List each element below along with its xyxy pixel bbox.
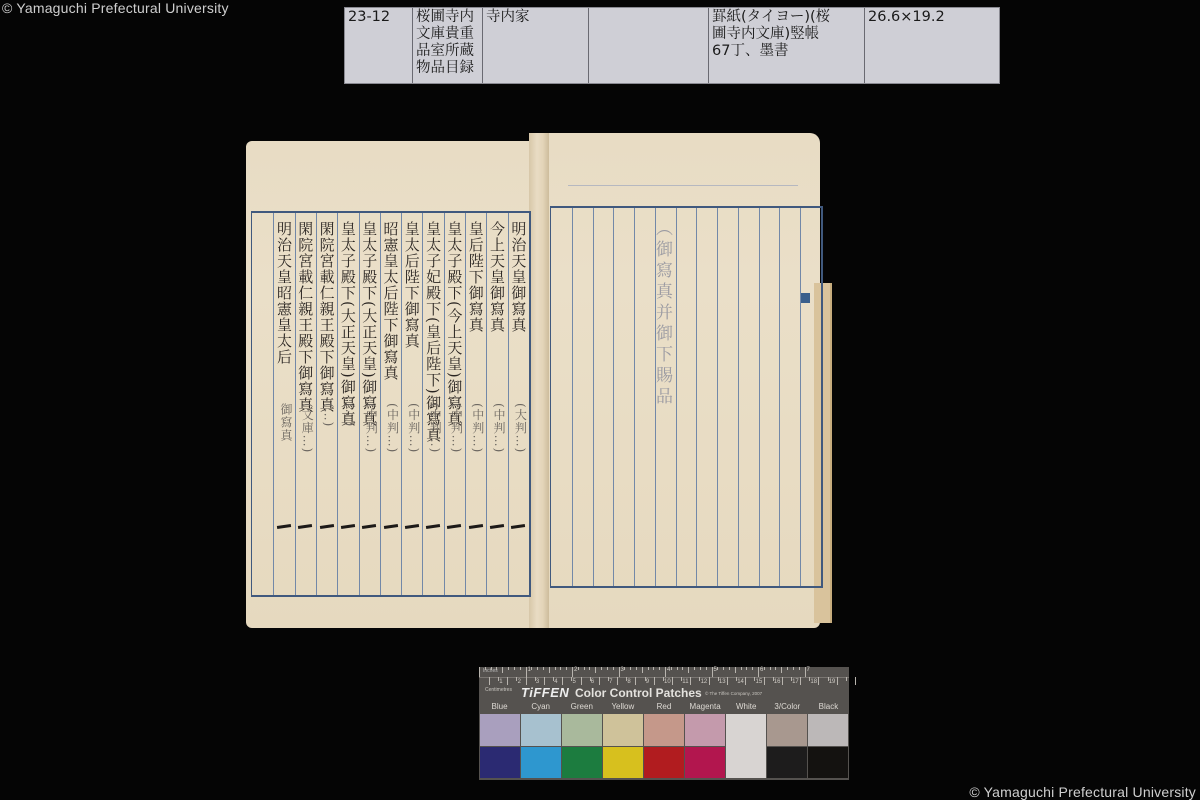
column-rule bbox=[634, 208, 635, 586]
catalog-cell-description: 罫紙(タイヨー)(桜 圃寺内文庫)竪帳 67丁、墨書 bbox=[709, 8, 865, 83]
cm-tick-label: 17 bbox=[792, 679, 799, 685]
ruler-tick bbox=[537, 667, 538, 670]
inventory-entry: 今上天皇御寫真 bbox=[489, 221, 505, 333]
patch-red-dark bbox=[644, 747, 684, 779]
pencil-annotation: （御寫真并御下賜品 bbox=[650, 219, 675, 408]
ruler-tick bbox=[764, 677, 765, 685]
patch-green-light bbox=[562, 714, 602, 746]
patch-label-green: Green bbox=[561, 702, 602, 714]
count-mark bbox=[383, 524, 397, 529]
ruler-tick bbox=[700, 667, 701, 670]
ruler-tick bbox=[717, 667, 718, 670]
ruler-tick bbox=[665, 667, 666, 677]
inch-tick-label: 1 bbox=[528, 667, 531, 673]
ruler-tick bbox=[595, 667, 596, 673]
ruler-tick bbox=[601, 667, 602, 670]
ruler-tick bbox=[793, 667, 794, 670]
cm-tick-label: 1 bbox=[499, 679, 502, 685]
ruler-tick bbox=[741, 667, 742, 670]
catalog-number: 23-12 bbox=[348, 9, 409, 26]
count-mark bbox=[447, 524, 461, 529]
ruler-tick bbox=[694, 667, 695, 670]
inventory-note: (中判…) bbox=[491, 403, 507, 453]
ruler-tick bbox=[727, 677, 728, 685]
ruler-tick bbox=[775, 667, 776, 670]
column-rule bbox=[800, 208, 801, 586]
count-mark bbox=[362, 524, 376, 529]
centimetres-label: Centimetres bbox=[485, 687, 512, 693]
catalog-cell-size: 26.6×19.2 bbox=[865, 8, 999, 83]
column-rule bbox=[696, 208, 697, 586]
ruler-tick bbox=[607, 667, 608, 670]
ruler-tick bbox=[496, 667, 497, 670]
column-rule bbox=[676, 208, 677, 586]
patch-cyan-light bbox=[521, 714, 561, 746]
patch-label-red: Red bbox=[643, 702, 684, 714]
cm-tick-label: 6 bbox=[591, 679, 594, 685]
ruler-tick bbox=[508, 667, 509, 670]
patch-black-light bbox=[808, 714, 848, 746]
ruler-tick bbox=[672, 677, 673, 685]
ruler-tick bbox=[642, 667, 643, 673]
column-rule bbox=[380, 213, 381, 595]
patch-label-magenta: Magenta bbox=[685, 702, 726, 714]
column-rule bbox=[593, 208, 594, 586]
ruler-tick bbox=[712, 667, 713, 677]
inventory-entry: 皇太后陛下御寫真 bbox=[404, 221, 420, 349]
ruler-tick bbox=[617, 677, 618, 685]
inventory-note: (中判…) bbox=[363, 403, 379, 453]
inch-tick-label: 3 bbox=[621, 667, 624, 673]
ruler-tick bbox=[709, 677, 710, 685]
cm-tick-label: 11 bbox=[682, 679, 688, 685]
inch-tick-label: 6 bbox=[760, 667, 763, 673]
ruler-tick bbox=[479, 667, 480, 677]
ruler-tick bbox=[578, 667, 579, 670]
collection-line: 品室所蔵 bbox=[416, 43, 479, 60]
cm-tick-label: 18 bbox=[810, 679, 817, 685]
ruler-tick bbox=[560, 667, 561, 670]
inventory-entry: 昭憲皇太后陛下御寫真 bbox=[383, 221, 399, 381]
patch-yellow-light bbox=[603, 714, 643, 746]
column-rule bbox=[738, 208, 739, 586]
cm-tick-label: 8 bbox=[627, 679, 630, 685]
ruler-tick bbox=[491, 667, 492, 670]
ruler-tick bbox=[555, 667, 556, 670]
column-rule bbox=[316, 213, 317, 595]
ruler-tick bbox=[599, 677, 600, 685]
inch-tick-label: 2 bbox=[574, 667, 577, 673]
ruler-tick bbox=[653, 667, 654, 670]
ruler-tick bbox=[758, 667, 759, 677]
catalog-cell-author: 寺内家 bbox=[483, 8, 589, 83]
left-page-ruled-frame: 明治天皇御寫真(大判…)今上天皇御寫真(中判…)皇后陛下御寫真(中判…)皇太子殿… bbox=[251, 211, 531, 597]
cm-tick-label: 7 bbox=[609, 679, 612, 685]
patch-magenta-dark bbox=[685, 747, 725, 779]
column-rule bbox=[759, 208, 760, 586]
ruler-tick bbox=[746, 667, 747, 670]
color-patches bbox=[480, 714, 848, 778]
patch-green-dark bbox=[562, 747, 602, 779]
inch-tick-label: 5 bbox=[714, 667, 717, 673]
ghost-rule-line bbox=[568, 185, 798, 186]
cm-tick-label: 5 bbox=[573, 679, 576, 685]
ruler-tick bbox=[690, 677, 691, 685]
column-rule bbox=[465, 213, 466, 595]
ruler-tick bbox=[566, 667, 567, 670]
column-rule bbox=[572, 208, 573, 586]
ruler-tick bbox=[735, 667, 736, 673]
ruler-tick bbox=[544, 677, 545, 685]
count-mark bbox=[405, 524, 419, 529]
ruler-tick bbox=[654, 677, 655, 685]
inventory-note: (文庫…) bbox=[299, 403, 315, 453]
tiffen-color-chart: Inches 1234567 1234567891011121314151617… bbox=[479, 667, 849, 780]
ruler-tick bbox=[729, 667, 730, 670]
column-rule bbox=[613, 208, 614, 586]
patch-3-color-light bbox=[767, 714, 807, 746]
ruler-tick bbox=[562, 677, 563, 685]
ruler-tick bbox=[630, 667, 631, 670]
ruler-tick bbox=[781, 667, 782, 673]
inventory-note: (中判…) bbox=[406, 403, 422, 453]
patch-label-cyan: Cyan bbox=[520, 702, 561, 714]
ruler-tick bbox=[589, 667, 590, 670]
ruler-tick bbox=[677, 667, 678, 670]
ruler-tick bbox=[764, 667, 765, 670]
count-mark bbox=[490, 524, 504, 529]
inventory-entry: 明治天皇御寫真 bbox=[510, 221, 526, 333]
patch-label-yellow: Yellow bbox=[602, 702, 643, 714]
ruler-tick bbox=[855, 677, 856, 685]
ruler-tick bbox=[682, 667, 683, 670]
cm-tick-label: 12 bbox=[701, 679, 708, 685]
column-rule bbox=[401, 213, 402, 595]
inventory-entry: 閑院宮載仁親王殿下御寫真 bbox=[319, 221, 335, 413]
inch-tick-label: 4 bbox=[667, 667, 670, 673]
inventory-entry: 皇后陛下御寫真 bbox=[468, 221, 484, 333]
copyright-watermark-bottom: © Yamaguchi Prefectural University bbox=[969, 784, 1196, 800]
ruler-tick bbox=[805, 667, 806, 677]
inventory-note: (中判…) bbox=[448, 403, 464, 453]
ruler-tick bbox=[543, 667, 544, 670]
ruler-tick bbox=[800, 677, 801, 685]
cm-tick-label: 10 bbox=[664, 679, 671, 685]
open-book: 明治天皇御寫真(大判…)今上天皇御寫真(中判…)皇后陛下御寫真(中判…)皇太子殿… bbox=[246, 133, 831, 628]
author-text: 寺内家 bbox=[486, 9, 585, 26]
ruler-tick bbox=[613, 667, 614, 670]
book-gutter bbox=[529, 133, 549, 628]
ruler-tick bbox=[514, 667, 515, 670]
inventory-entry: 明治天皇昭憲皇太后 bbox=[276, 221, 292, 365]
inventory-note: (…) bbox=[342, 403, 358, 427]
ruler-tick bbox=[619, 667, 620, 677]
catalog-cell-collection: 桜圃寺内 文庫貴重 品室所蔵 物品目録 bbox=[413, 8, 483, 83]
count-mark bbox=[426, 524, 440, 529]
ruler-tick bbox=[549, 667, 550, 673]
ruler-tick bbox=[507, 677, 508, 685]
catalog-cell-number: 23-12 bbox=[345, 8, 413, 83]
inventory-note: (…) bbox=[321, 403, 337, 427]
ruler-tick bbox=[635, 677, 636, 685]
patch-label-black: Black bbox=[808, 702, 849, 714]
ruler-tick bbox=[818, 677, 819, 685]
inventory-note: 御寫真 bbox=[278, 403, 294, 442]
size-text: 26.6×19.2 bbox=[868, 9, 996, 26]
ruler-tick bbox=[581, 677, 582, 685]
patch-magenta-light bbox=[685, 714, 725, 746]
ruler-tick bbox=[584, 667, 585, 670]
ruler-tick bbox=[723, 667, 724, 670]
ruler-tick bbox=[659, 667, 660, 670]
chart-copyright: © The Tiffen Company, 2007 bbox=[705, 691, 762, 696]
patch-label-3-color: 3/Color bbox=[767, 702, 808, 714]
ruler-tick bbox=[671, 667, 672, 670]
tiffen-logo: TiFFEN bbox=[521, 685, 569, 700]
inventory-entry: 皇太子殿下(今上天皇)御寫真 bbox=[446, 221, 462, 427]
collection-line: 桜圃寺内 bbox=[416, 9, 479, 26]
count-mark bbox=[277, 524, 291, 529]
patch-3-color-dark bbox=[767, 747, 807, 779]
cm-tick-label: 15 bbox=[756, 679, 763, 685]
ruler-tick bbox=[636, 667, 637, 670]
ruler-tick bbox=[485, 667, 486, 670]
patch-label-white: White bbox=[726, 702, 767, 714]
patch-blue-dark bbox=[480, 747, 520, 779]
patch-red-light bbox=[644, 714, 684, 746]
inventory-note: (中判…) bbox=[427, 403, 443, 453]
ruler-tick bbox=[526, 677, 527, 685]
column-rule bbox=[779, 208, 780, 586]
cm-tick-label: 9 bbox=[646, 679, 649, 685]
cm-tick-label: 13 bbox=[719, 679, 726, 685]
ruler-tick bbox=[624, 667, 625, 670]
ruler-tick bbox=[572, 667, 573, 677]
column-rule bbox=[717, 208, 718, 586]
ruler-tick bbox=[782, 677, 783, 685]
inventory-note: (大判…) bbox=[512, 403, 528, 453]
right-page-ruled-frame bbox=[550, 206, 823, 588]
patch-label-blue: Blue bbox=[479, 702, 520, 714]
patch-yellow-dark bbox=[603, 747, 643, 779]
count-mark bbox=[511, 524, 525, 529]
ruler-tick bbox=[706, 667, 707, 670]
ruler-tick bbox=[799, 667, 800, 670]
collection-line: 物品目録 bbox=[416, 60, 479, 77]
count-mark bbox=[469, 524, 483, 529]
ruler-tick bbox=[837, 677, 838, 685]
patch-cyan-dark bbox=[521, 747, 561, 779]
ruler-tick bbox=[531, 667, 532, 670]
ruler-tick bbox=[648, 667, 649, 670]
description-line: 67丁、墨書 bbox=[712, 43, 861, 60]
count-mark bbox=[319, 524, 333, 529]
ruler-tick bbox=[489, 677, 490, 685]
description-line: 圃寺内文庫)竪帳 bbox=[712, 26, 861, 43]
count-mark bbox=[298, 524, 312, 529]
inch-tick-label: 7 bbox=[807, 667, 810, 673]
ruler-tick bbox=[502, 667, 503, 673]
ruler-tick bbox=[688, 667, 689, 673]
cm-tick-label: 16 bbox=[774, 679, 781, 685]
cm-tick-label: 19 bbox=[829, 679, 836, 685]
catalog-label-table: 23-12 桜圃寺内 文庫貴重 品室所蔵 物品目録 寺内家 罫紙(タイヨー)(桜… bbox=[344, 7, 1000, 84]
description-line: 罫紙(タイヨー)(桜 bbox=[712, 9, 861, 26]
ruler-tick bbox=[520, 667, 521, 670]
inventory-note: (中判…) bbox=[470, 403, 486, 453]
ruler-tick bbox=[745, 677, 746, 685]
patch-blue-light bbox=[480, 714, 520, 746]
patch-labels: BlueCyanGreenYellowRedMagentaWhite3/Colo… bbox=[479, 702, 849, 714]
patch-black-dark bbox=[808, 747, 848, 779]
ruler-tick bbox=[846, 677, 847, 681]
ruler-tick bbox=[752, 667, 753, 670]
ruler-tick bbox=[770, 667, 771, 670]
copyright-watermark-top: © Yamaguchi Prefectural University bbox=[2, 0, 229, 16]
catalog-cell-blank bbox=[589, 8, 709, 83]
ruler-tick bbox=[787, 667, 788, 670]
cm-tick-label: 14 bbox=[737, 679, 744, 685]
inventory-entry: 皇太子殿下(大正天皇)御寫真 bbox=[361, 221, 377, 427]
chart-title: Color Control Patches bbox=[575, 686, 702, 700]
ruler-tick bbox=[526, 667, 527, 677]
inventory-entry: 皇太子殿下(大正天皇)御寫真 bbox=[340, 221, 356, 427]
inventory-note: (中判…) bbox=[385, 403, 401, 453]
inventory-entry: 閑院宮載仁親王殿下御寫真 bbox=[297, 221, 313, 413]
count-mark bbox=[341, 524, 355, 529]
patch-white-light bbox=[726, 714, 766, 778]
collection-line: 文庫貴重 bbox=[416, 26, 479, 43]
